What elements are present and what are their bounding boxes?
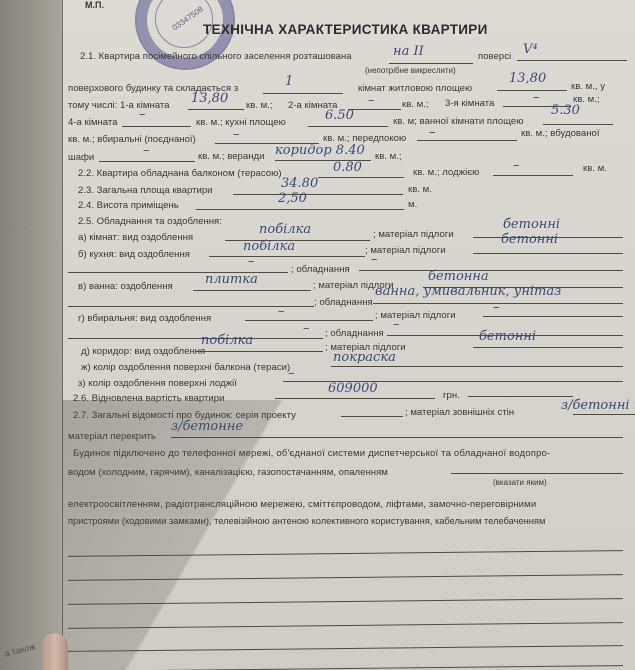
s21-living-label: кімнат житловою площею xyxy=(358,83,472,94)
fill-line xyxy=(308,126,388,127)
fill-line xyxy=(341,416,403,417)
balcony-value: 0.80 xyxy=(333,160,362,175)
balcony-color-value: покраска xyxy=(333,350,396,365)
toilet-label: кв. м.; вбиральні (поєднаної) xyxy=(68,134,196,145)
rooms-floor-value: бетонні xyxy=(503,217,560,232)
balcony-label: 2.2. Квартира обладнана балконом (терасо… xyxy=(78,168,282,179)
closet-label-b: шафи xyxy=(68,152,94,163)
fill-line xyxy=(122,126,191,127)
fill-line xyxy=(68,550,623,557)
toilet-finish-value: – xyxy=(278,304,285,319)
document-page: 03347508 М.П. ТЕХНІЧНА ХАРАКТЕРИСТИКА КВ… xyxy=(62,0,635,670)
restored-value: 609000 xyxy=(328,381,378,396)
height-label: 2.4. Висота приміщень xyxy=(78,200,179,211)
bath-floor-value: бетонна xyxy=(428,269,489,284)
fill-line xyxy=(68,665,623,670)
bath-equip-value: ванна, умивальник, унітаз xyxy=(375,284,561,299)
fill-line xyxy=(543,124,613,125)
fill-line xyxy=(68,574,623,581)
fill-line xyxy=(68,645,623,652)
kitchen-value: 6.50 xyxy=(325,108,354,123)
total-area-value: 34.80 xyxy=(281,176,318,191)
fill-line xyxy=(171,437,623,438)
kitchen-label: кв. м.; кухні площею xyxy=(196,117,286,128)
fill-line xyxy=(497,90,567,91)
fill-line xyxy=(263,93,343,94)
unit-label: кв. м., у xyxy=(571,81,605,92)
toilet-equip-label: ; обладнання xyxy=(325,328,384,339)
rooms-finish-label: а) кімнат: вид оздоблення xyxy=(78,232,193,243)
s21-text-1: 2.1. Квартира посімейного спільного засе… xyxy=(80,51,352,62)
closet-label-a: кв. м.; вбудованої xyxy=(521,128,600,139)
corridor-finish-value: побілка xyxy=(201,333,253,348)
room3-value: – xyxy=(533,90,540,105)
closet-value: – xyxy=(143,143,150,158)
strike-note: (непотрібне викреслити) xyxy=(365,66,456,75)
unit-label: грн. xyxy=(443,390,460,401)
fill-line xyxy=(193,290,311,291)
fill-line xyxy=(451,473,623,474)
utilities-text-1: Будинок підключено до телефонної мережі,… xyxy=(73,448,550,459)
rooms-value: 1 xyxy=(285,74,293,89)
fill-line xyxy=(473,253,623,254)
fill-line xyxy=(389,63,473,64)
toilet-extra-value: – xyxy=(303,321,310,336)
height-value: 2,50 xyxy=(278,191,307,206)
corridor-finish-label: д) коридор: вид оздоблення xyxy=(81,346,205,357)
kitchen-finish-value: побілка xyxy=(243,239,295,254)
room4-value: – xyxy=(139,107,146,122)
s21-text-3: тому числі: 1-а кімната xyxy=(68,100,170,111)
fill-line xyxy=(331,366,623,367)
rooms-floor-label: ; матеріал підлоги xyxy=(373,229,454,240)
unit-label: м. xyxy=(408,199,417,210)
veranda-label: кв. м.; веранди xyxy=(198,151,264,162)
fill-line xyxy=(473,347,623,348)
unit-label: кв. м. xyxy=(408,184,432,195)
corridor-floor-value: бетонні xyxy=(479,329,536,344)
unit-label: кв. м.; xyxy=(402,99,429,110)
fill-line xyxy=(517,60,627,61)
fill-line xyxy=(348,109,401,110)
total-area-label: 2.3. Загальна площа квартири xyxy=(78,185,213,196)
ceilings-value: з/бетонне xyxy=(171,419,243,434)
kitchen-extra-value: – xyxy=(248,254,255,269)
living-area-value: 13,80 xyxy=(509,71,546,86)
unit-label: кв. м. xyxy=(583,163,607,174)
toilet-value: – xyxy=(233,127,240,142)
fill-line xyxy=(275,398,435,399)
fill-line xyxy=(483,316,623,317)
hall-value: – xyxy=(429,125,436,140)
finger xyxy=(42,633,68,670)
fill-line xyxy=(196,209,404,210)
rooms-finish-value: побілка xyxy=(259,222,311,237)
room4-label: 4-а кімната xyxy=(68,117,118,128)
bath-value: 5.30 xyxy=(551,103,580,118)
finishing-heading: 2.5. Обладнання та оздоблення: xyxy=(78,216,222,227)
left-page-edge: ········ xyxy=(0,0,62,670)
value-label: 2.6. Відновлена вартість квартири xyxy=(73,393,224,404)
fill-line xyxy=(318,177,404,178)
bath-equip-label: ; обладнання xyxy=(314,297,373,308)
room2-value: – xyxy=(368,93,375,108)
fill-line xyxy=(195,351,323,352)
balcony-color-label: ж) колір оздоблення поверхні балкона (те… xyxy=(81,362,290,373)
storeys-value: V⁴ xyxy=(523,42,538,57)
loggia-color-label: з) колір оздоблення поверхні лоджії xyxy=(78,378,237,389)
loggia-color-value: – xyxy=(288,366,295,381)
walls-label: ; матеріал зовнішніх стін xyxy=(405,407,514,418)
unit-label: кв. м.; xyxy=(246,100,273,111)
fill-line xyxy=(417,140,517,141)
s21-floor-label: поверсі xyxy=(478,51,511,62)
utilities-text-3: електроосвітленням, радіотрансляційною м… xyxy=(68,499,536,510)
fill-line xyxy=(468,396,573,397)
veranda-value: коридор 8.40 xyxy=(275,143,365,158)
loggia-value: – xyxy=(513,158,520,173)
fill-line xyxy=(233,194,403,195)
toilet-finish-label: г) вбиральня: вид оздоблення xyxy=(78,313,211,324)
room1-value: 13,80 xyxy=(191,91,228,106)
unit-label: кв. м.; xyxy=(375,151,402,162)
stamp-label: М.П. xyxy=(85,0,104,10)
fill-line xyxy=(68,598,623,605)
kitchen-equip-value: – xyxy=(371,252,378,267)
kitchen-floor-value: бетонні xyxy=(501,232,558,247)
room3-label: 3-я кімната xyxy=(445,98,494,109)
fill-line xyxy=(209,256,365,257)
loggia-label: кв. м.; лоджією xyxy=(413,167,479,178)
ceilings-label: матеріал перекрить xyxy=(68,431,156,442)
utilities-text-4: пристроями (кодовими замками), телевізій… xyxy=(68,516,545,526)
toilet-floor-value: – xyxy=(493,300,500,315)
utilities-hint: (вказати яким) xyxy=(493,478,547,487)
page-title: ТЕХНІЧНА ХАРАКТЕРИСТИКА КВАРТИРИ xyxy=(203,22,488,37)
kitchen-equip-label: ; обладнання xyxy=(291,264,350,275)
floor-value: на II xyxy=(393,44,424,59)
utilities-text-2: водом (холодним, гарячим), каналізацією,… xyxy=(68,467,388,478)
bath-label: кв. м; ванної кімнати площею xyxy=(393,116,523,127)
fill-line xyxy=(573,414,635,415)
walls-value: з/бетонні па xyxy=(561,398,635,413)
kitchen-finish-label: б) кухня: вид оздоблення xyxy=(78,249,190,260)
fill-line xyxy=(188,109,244,110)
fill-line xyxy=(68,338,323,339)
fill-line xyxy=(359,270,623,271)
bath-finish-label: в) ванна: оздоблення xyxy=(78,281,173,292)
fill-line xyxy=(68,622,623,629)
fill-line xyxy=(493,175,573,176)
bleed-through-text: ········ xyxy=(2,222,26,232)
bath-finish-value: плитка xyxy=(205,272,258,287)
fill-line xyxy=(99,161,195,162)
toilet-floor-label: ; матеріал підлоги xyxy=(375,310,456,321)
toilet-equip-value: – xyxy=(393,317,400,332)
